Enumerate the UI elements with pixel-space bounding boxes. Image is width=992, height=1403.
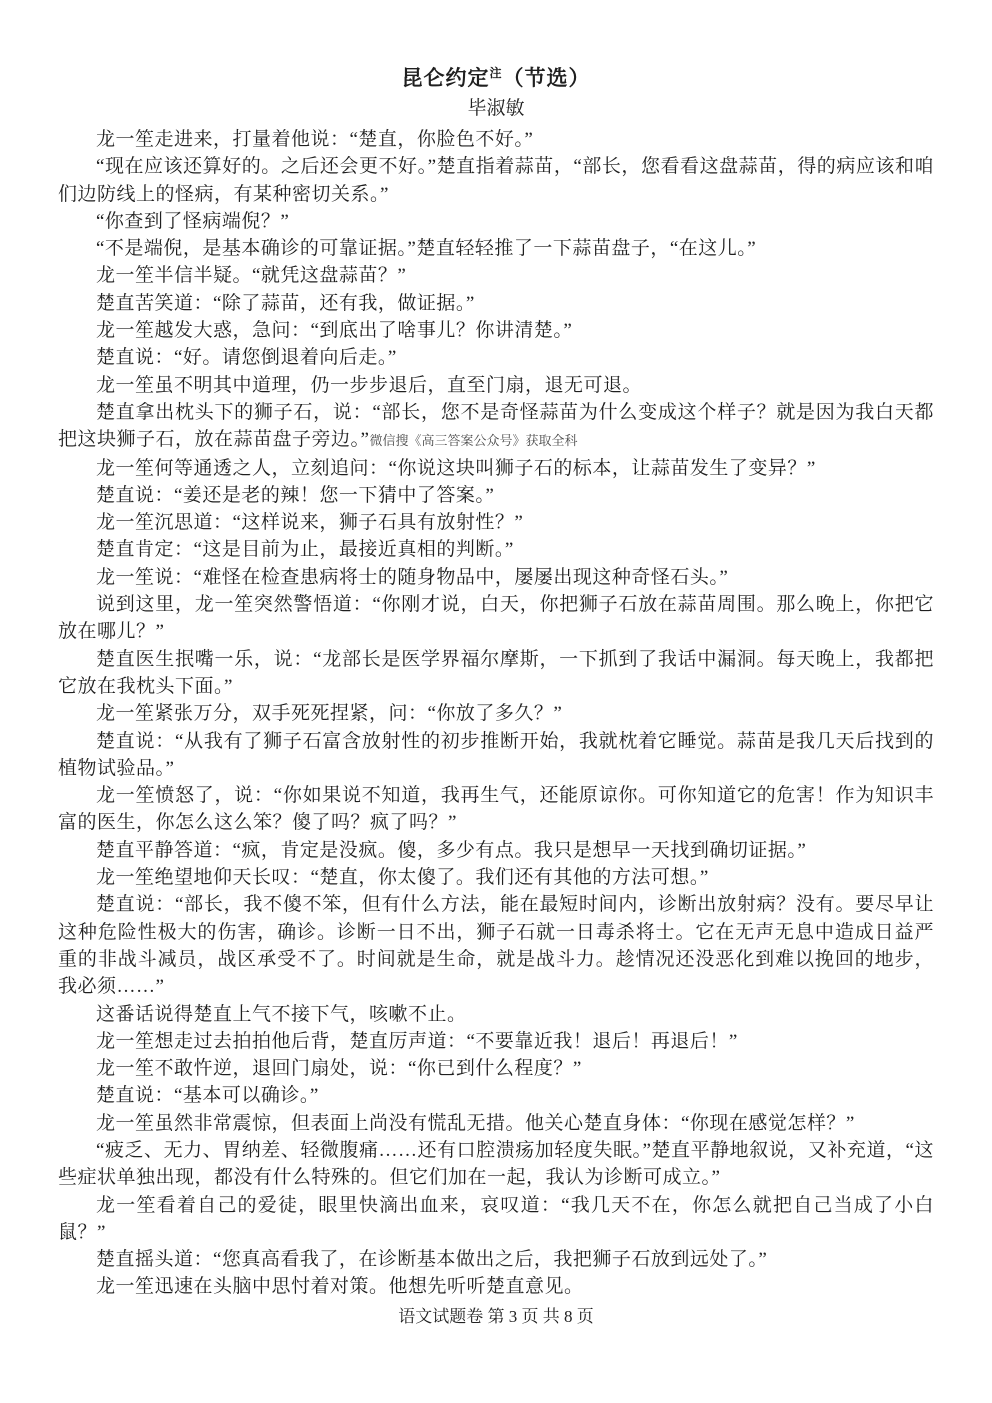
paragraph: 龙一笙走进来，打量着他说：“楚直，你脸色不好。” [58, 126, 934, 153]
paragraph: 楚直拿出枕头下的狮子石，说：“部长，您不是奇怪蒜苗为什么变成这个样子？就是因为我… [58, 399, 934, 455]
article-author: 毕淑敏 [58, 95, 934, 123]
paragraph: 楚直说：“好。请您倒退着向后走。” [58, 344, 934, 371]
paragraph: 楚直说：“部长，我不傻不笨，但有什么方法，能在最短时间内，诊断出放射病？没有。要… [58, 891, 934, 1000]
paragraph: 龙一笙紧张万分，双手死死捏紧，问：“你放了多久？” [58, 700, 934, 727]
paragraph: 龙一笙越发大惑，急问：“到底出了啥事儿？你讲清楚。” [58, 317, 934, 344]
paragraph: 龙一笙看着自己的爱徒，眼里快滴出血来，哀叹道：“我几天不在，你怎么就把自己当成了… [58, 1192, 934, 1247]
paragraph: 楚直肯定：“这是目前为止，最接近真相的判断。” [58, 536, 934, 563]
paragraph: 龙一笙虽然非常震惊，但表面上尚没有慌乱无措。他关心楚直身体：“你现在感觉怎样？” [58, 1110, 934, 1137]
paragraph: 楚直苦笑道：“除了蒜苗，还有我，做证据。” [58, 290, 934, 317]
paragraph: 龙一笙半信半疑。“就凭这盘蒜苗？” [58, 262, 934, 289]
paragraph: 龙一笙愤怒了，说：“你如果说不知道，我再生气，还能原谅你。可你知道它的危害！作为… [58, 782, 934, 837]
paragraph: 说到这里，龙一笙突然警悟道：“你刚才说，白天，你把狮子石放在蒜苗周围。那么晚上，… [58, 591, 934, 646]
paragraph: 龙一笙想走过去拍拍他后背，楚直厉声道：“不要靠近我！退后！再退后！” [58, 1028, 934, 1055]
paragraph: 这番话说得楚直上气不接下气，咳嗽不止。 [58, 1001, 934, 1028]
exam-page: 昆仑约定注（节选） 毕淑敏 龙一笙走进来，打量着他说：“楚直，你脸色不好。”“现… [0, 0, 992, 1403]
paragraph: 楚直说：“从我有了狮子石富含放射性的初步推断开始，我就枕着它睡觉。蒜苗是我几天后… [58, 728, 934, 783]
paragraph: 龙一笙不敢忤逆，退回门扇处，说：“你已到什么程度？” [58, 1055, 934, 1082]
paragraph: 楚直说：“基本可以确诊。” [58, 1082, 934, 1109]
paragraph: “不是端倪，是基本确诊的可靠证据。”楚直轻轻推了一下蒜苗盘子，“在这儿。” [58, 235, 934, 262]
paragraph: 龙一笙迅速在头脑中思忖着对策。他想先听听楚直意见。 [58, 1273, 934, 1300]
paragraph: “疲乏、无力、胃纳差、轻微腹痛……还有口腔溃疡加轻度失眠。”楚直平静地叙说，又补… [58, 1137, 934, 1192]
article-title-text: 昆仑约定 [401, 66, 489, 90]
paragraph: “你查到了怪病端倪？” [58, 208, 934, 235]
article-body: 龙一笙走进来，打量着他说：“楚直，你脸色不好。”“现在应该还算好的。之后还会更不… [58, 126, 934, 1301]
watermark-text: 微信搜《高三答案公众号》获取全科 [369, 433, 577, 448]
paragraph: 龙一笙绝望地仰天长叹：“楚直，你太傻了。我们还有其他的方法可想。” [58, 864, 934, 891]
article-title-suffix: （节选） [503, 66, 591, 90]
paragraph: 楚直摇头道：“您真高看我了，在诊断基本做出之后，我把狮子石放到远处了。” [58, 1246, 934, 1273]
paragraph: 龙一笙虽不明其中道理，仍一步步退后，直至门扇，退无可退。 [58, 372, 934, 399]
title-footnote-marker: 注 [489, 66, 502, 80]
paragraph: 楚直说：“姜还是老的辣！您一下猜中了答案。” [58, 482, 934, 509]
paragraph: 楚直平静答道：“疯，肯定是没疯。傻，多少有点。我只是想早一天找到确切证据。” [58, 837, 934, 864]
paragraph: “现在应该还算好的。之后还会更不好。”楚直指着蒜苗，“部长，您看看这盘蒜苗，得的… [58, 153, 934, 208]
paragraph: 龙一笙沉思道：“这样说来，狮子石具有放射性？” [58, 509, 934, 536]
paragraph: 楚直医生抿嘴一乐，说：“龙部长是医学界福尔摩斯，一下抓到了我话中漏洞。每天晚上，… [58, 646, 934, 701]
article-title: 昆仑约定注（节选） [58, 58, 934, 93]
paragraph: 龙一笙何等通透之人，立刻追问：“你说这块叫狮子石的标本，让蒜苗发生了变异？” [58, 455, 934, 482]
page-footer: 语文试题卷 第 3 页 共 8 页 [58, 1304, 934, 1330]
paragraph: 龙一笙说：“难怪在检查患病将士的随身物品中，屡屡出现这种奇怪石头。” [58, 564, 934, 591]
